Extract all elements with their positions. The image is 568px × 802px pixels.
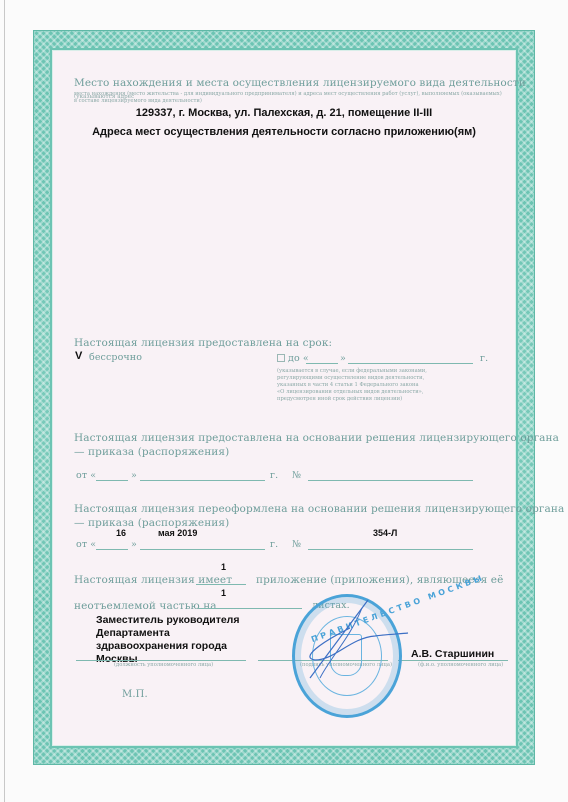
grant-heading-line1: Настоящая лицензия предоставлена на осно… bbox=[74, 432, 559, 444]
until-note-line: (указывается в случае, если федеральными… bbox=[277, 368, 427, 375]
reissue-heading-line2: — приказа (распоряжения) bbox=[74, 517, 229, 529]
position-line: здравоохранения города bbox=[96, 640, 239, 653]
signature-scribble bbox=[290, 598, 410, 688]
until-note: (указывается в случае, если федеральными… bbox=[277, 368, 427, 403]
reissue-from-prefix: от « bbox=[76, 539, 96, 550]
location-note-line2: места нахождения (место жительства - для… bbox=[74, 91, 524, 98]
signatory-position: Заместитель руководителя Департамента зд… bbox=[96, 614, 239, 666]
grant-day-line bbox=[96, 480, 128, 481]
until-checkbox[interactable] bbox=[277, 354, 285, 362]
location-heading-text: Место нахождения и места осуществления л… bbox=[74, 77, 526, 89]
reissue-heading-line1: Настоящая лицензия переоформлена на осно… bbox=[74, 503, 564, 515]
reissue-number: 354-Л bbox=[373, 528, 397, 538]
grant-year-suffix: г. bbox=[270, 470, 278, 481]
position-line: Департамента bbox=[96, 627, 239, 640]
until-note-line: предусмотрен иной срок действия лицензии… bbox=[277, 396, 427, 403]
seal-label: М.П. bbox=[122, 689, 148, 700]
grant-from-prefix: от « bbox=[76, 470, 96, 481]
until-suffix: г. bbox=[480, 353, 488, 364]
reissue-month-year: мая 2019 bbox=[158, 528, 197, 538]
name-caption: (ф.и.о. уполномоченного лица) bbox=[418, 662, 503, 669]
reissue-number-line bbox=[308, 549, 473, 550]
until-note-line: указанных в части 4 статьи 1 Федеральног… bbox=[277, 382, 427, 389]
until-day-line bbox=[306, 363, 338, 364]
indefinite-check-mark[interactable]: V bbox=[75, 350, 82, 362]
position-line-rule bbox=[76, 660, 246, 661]
grant-month-line bbox=[140, 480, 265, 481]
grant-from-mid: » bbox=[131, 470, 137, 481]
grant-number-label: № bbox=[292, 470, 301, 481]
appendix-count: 1 bbox=[221, 562, 226, 572]
reissue-from-mid: » bbox=[131, 539, 137, 550]
grant-number-line bbox=[308, 480, 473, 481]
position-caption: (должность уполномоченного лица) bbox=[114, 662, 213, 669]
signatory-name: А.В. Старшинин bbox=[411, 648, 494, 660]
grant-heading-line2: — приказа (распоряжения) bbox=[74, 446, 229, 458]
reissue-year-suffix: г. bbox=[270, 539, 278, 550]
term-heading: Настоящая лицензия предоставлена на срок… bbox=[74, 337, 332, 349]
reissue-number-label: № bbox=[292, 539, 301, 550]
position-line: Заместитель руководителя bbox=[96, 614, 239, 627]
appendix-count-line bbox=[196, 584, 246, 585]
scan-edge bbox=[4, 0, 5, 802]
until-month-line bbox=[348, 363, 473, 364]
until-mid: » bbox=[340, 353, 346, 364]
location-note-line3: в составе лицензируемого вида деятельнос… bbox=[74, 98, 202, 105]
addresses-note: Адреса мест осуществления деятельности с… bbox=[0, 126, 568, 138]
reissue-day: 16 bbox=[116, 528, 126, 538]
until-note-line: «О лицензировании отдельных видов деятел… bbox=[277, 389, 427, 396]
option-indefinite: бессрочно bbox=[89, 352, 142, 363]
reissue-day-line bbox=[96, 549, 128, 550]
license-address: 129337, г. Москва, ул. Палехская, д. 21,… bbox=[0, 107, 568, 119]
name-line-rule bbox=[398, 660, 508, 661]
reissue-month-line bbox=[140, 549, 265, 550]
until-note-line: регулирующими осуществление видов деятел… bbox=[277, 375, 427, 382]
appendix-line2-prefix: неотъемлемой частью на bbox=[74, 600, 217, 612]
sheet-count: 1 bbox=[221, 588, 226, 598]
sheet-count-line bbox=[198, 608, 302, 609]
